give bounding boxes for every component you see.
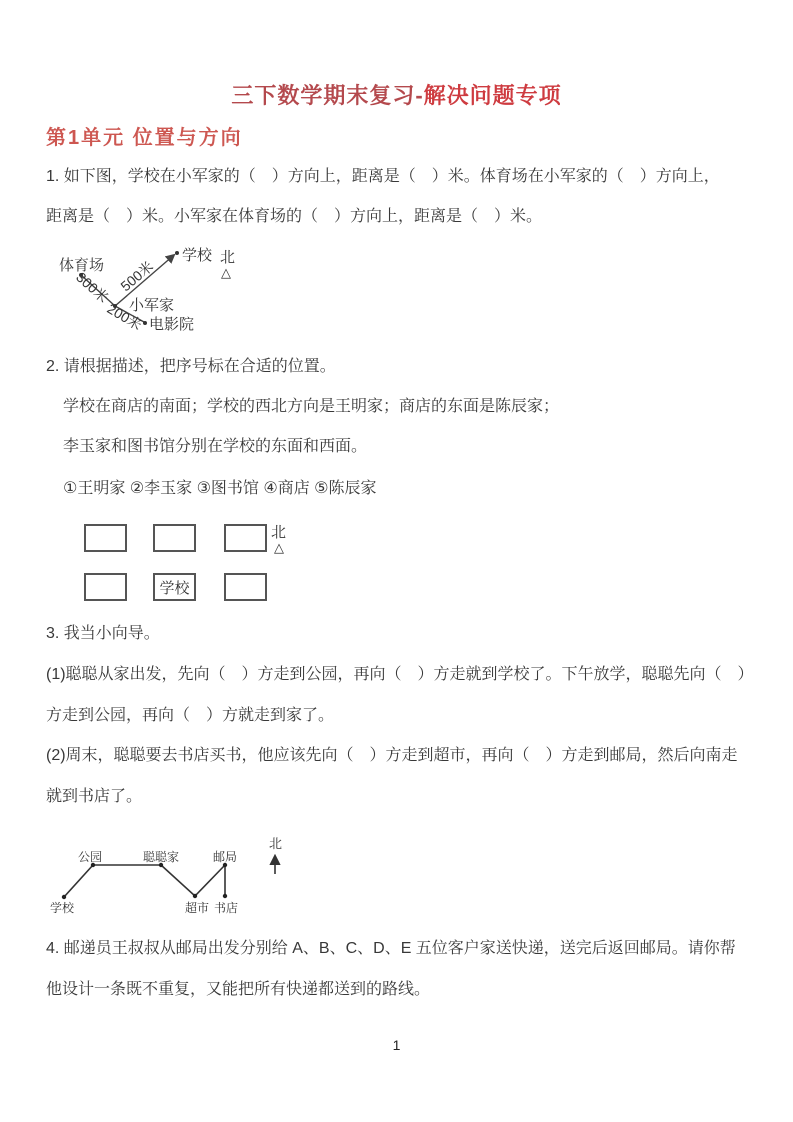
- q1-direction-diagram: 体育场 学校 北 △ 小军家 电影院 500米 300米 200米: [48, 244, 248, 346]
- q1-text-line1: 1. 如下图，学校在小军家的（ ）方向上，距离是（ ）米。体育场在小军家的（ ）…: [46, 167, 720, 186]
- document-title-part1: 三下数学期末复习-: [231, 83, 423, 108]
- document-title: 三下数学期末复习-解决问题专项: [0, 79, 793, 110]
- q1-text-line2: 距离是（ ）米。小军家在体育场的（ ）方向上，距离是（ ）米。: [46, 207, 542, 226]
- q3-part2-line2: 就到书店了。: [46, 787, 142, 806]
- document-title-part2: 解决问题专项: [424, 83, 562, 108]
- north-label: 北: [220, 249, 235, 266]
- school-box: 学校: [153, 573, 196, 601]
- q3-prompt: 3. 我当小向导。: [46, 624, 160, 643]
- cinema-label: 电影院: [149, 315, 194, 333]
- worksheet-page: 三下数学期末复习-解决问题专项 第1单元 位置与方向 1. 如下图，学校在小军家…: [0, 0, 793, 1122]
- q2-description-line1: 学校在商店的南面；学校的西北方向是王明家；商店的东面是陈辰家；: [63, 397, 559, 416]
- home-label: 小军家: [129, 297, 174, 314]
- school-dot: [175, 251, 179, 255]
- supermarket-label: 超市: [185, 900, 209, 915]
- bookstore-dot: [223, 894, 227, 898]
- line-supermarket-to-post: [195, 865, 225, 896]
- north-label: 北: [269, 836, 282, 851]
- q3-route-diagram: 公园 聪聪家 邮局 学校 超市 书店 北: [48, 830, 293, 922]
- grid-north-label: 北: [271, 521, 286, 542]
- north-triangle-icon: △: [221, 265, 231, 280]
- answer-box-top-middle: [153, 524, 196, 552]
- page-number: 1: [0, 1037, 793, 1053]
- q2-options: ①王明家 ②李玉家 ③图书馆 ④商店 ⑤陈辰家: [63, 479, 377, 498]
- post-office-label: 邮局: [213, 849, 237, 864]
- cinema-dot: [143, 321, 147, 325]
- supermarket-dot: [193, 894, 197, 898]
- school-dot: [62, 895, 66, 899]
- q4-text-line1: 4. 邮递员王叔叔从邮局出发分别给 A、B、C、D、E 五位客户家送快递，送完后…: [46, 939, 736, 958]
- answer-box-top-left: [84, 524, 127, 552]
- q4-text-line2: 他设计一条既不重复，又能把所有快递都送到的路线。: [46, 980, 430, 999]
- distance-300m-label: 300米: [73, 269, 111, 306]
- school-label: 学校: [50, 900, 75, 915]
- park-label: 公园: [78, 850, 102, 864]
- bookstore-label: 书店: [214, 900, 238, 915]
- line-home-to-supermarket: [161, 865, 195, 896]
- q2-description-line2: 李玉家和图书馆分别在学校的东面和西面。: [63, 437, 367, 456]
- grid-north-triangle-icon: △: [274, 540, 284, 556]
- q2-prompt: 2. 请根据描述，把序号标在合适的位置。: [46, 357, 336, 376]
- q3-part2-line1: (2)周末，聪聪要去书店买书，他应该先向（ ）方走到超市，再向（ ）方走到邮局，…: [46, 746, 738, 765]
- q3-part1-line1: (1)聪聪从家出发，先向（ ）方走到公园，再向（ ）方走就到学校了。下午放学，聪…: [46, 665, 754, 684]
- section-heading: 第1单元 位置与方向: [46, 121, 243, 150]
- answer-box-bottom-right: [224, 573, 267, 601]
- q3-part1-line2: 方走到公园，再向（ ）方就走到家了。: [46, 706, 334, 725]
- answer-box-top-right: [224, 524, 267, 552]
- school-label: 学校: [182, 246, 213, 264]
- line-school-to-park: [64, 865, 93, 897]
- answer-box-bottom-left: [84, 573, 127, 601]
- conghome-label: 聪聪家: [143, 849, 179, 864]
